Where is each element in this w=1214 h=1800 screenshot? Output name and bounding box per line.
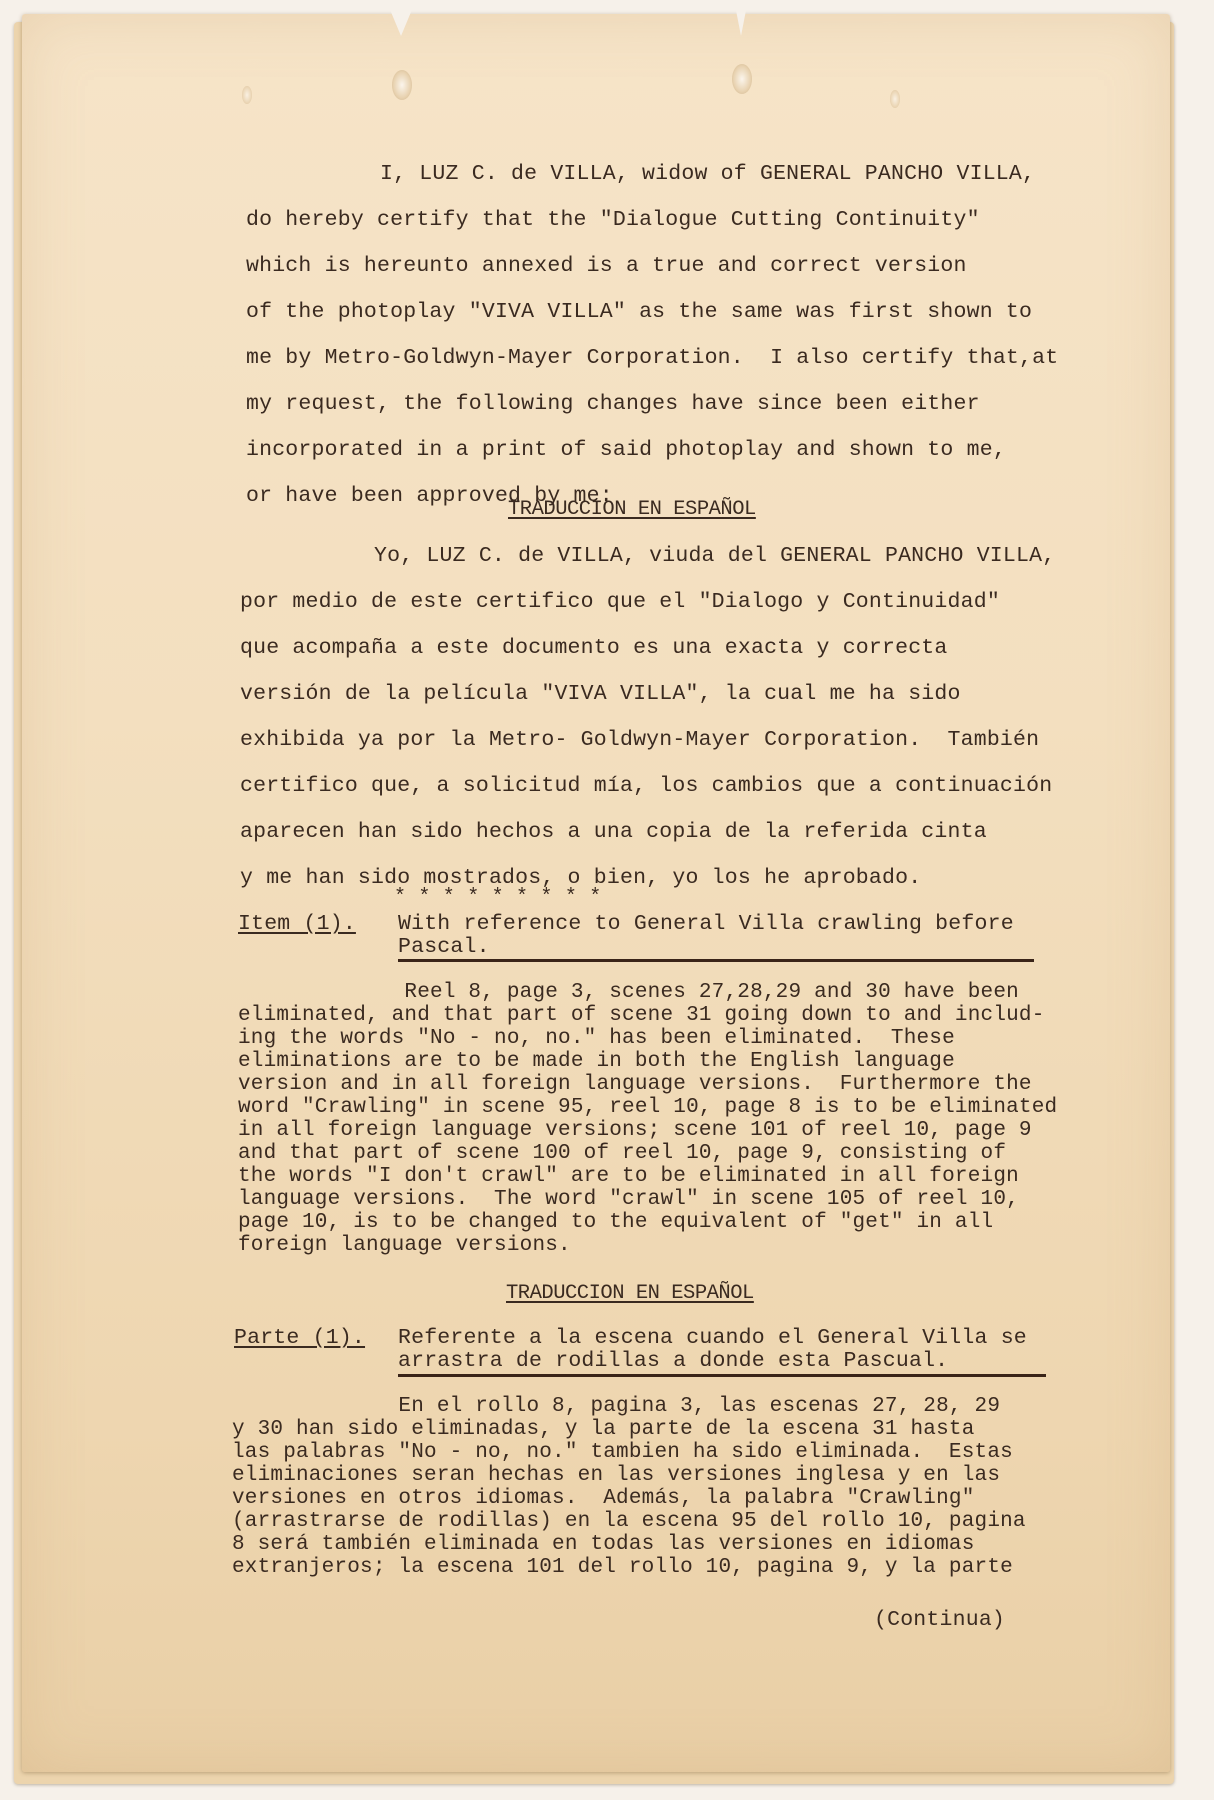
cert-es-line: Yo, LUZ C. de VILLA, viuda del GENERAL P…: [374, 546, 1055, 568]
body-line: eliminations are to be made in both the …: [238, 1051, 955, 1072]
binder-hole-right: [732, 64, 752, 94]
parte-title-line: Referente a la escena cuando el General …: [398, 1328, 1027, 1350]
cert-es-line: por medio de este certifico que el "Dial…: [240, 592, 1000, 614]
cert-en-line: which is hereunto annexed is a true and …: [246, 256, 967, 278]
cert-es-line: certifico que, a solicitud mía, los camb…: [240, 776, 1052, 798]
cert-en-line: me by Metro-Goldwyn-Mayer Corporation. I…: [246, 348, 1058, 370]
parte-title-line: arrastra de rodillas a donde esta Pascua…: [398, 1351, 948, 1373]
body-line: Reel 8, page 3, scenes 27,28,29 and 30 h…: [238, 982, 1019, 1003]
body-line: las palabras "No - no, no." tambien ha s…: [232, 1442, 1013, 1463]
cert-es-line: versión de la película "VIVA VILLA", la …: [240, 684, 961, 706]
body-line: y 30 han sido eliminadas, y la parte de …: [232, 1419, 975, 1440]
top-notch-left: [386, 0, 416, 36]
item-label: Item (1).: [238, 914, 356, 936]
body-line: 8 será también eliminada en todas las ve…: [232, 1534, 975, 1555]
item-title-underline: [398, 959, 1034, 962]
cert-es-line: aparecen han sido hechos a una copia de …: [240, 822, 987, 844]
item-title-line: Pascal.: [398, 937, 490, 959]
top-notch-right: [734, 0, 748, 36]
cert-en-line: of the photoplay "VIVA VILLA" as the sam…: [246, 302, 1032, 324]
cert-en-line: my request, the following changes have s…: [246, 394, 980, 416]
body-line: (arrastrarse de rodillas) en la escena 9…: [232, 1511, 1026, 1532]
body-line: in all foreign language versions; scene …: [238, 1120, 1032, 1141]
body-line: eliminaciones seran hechas en las versio…: [232, 1465, 1000, 1486]
body-line: eliminated, and that part of scene 31 go…: [238, 1005, 1045, 1026]
parte-title-underline: [398, 1374, 1046, 1377]
body-line: extranjeros; la escena 101 del rollo 10,…: [232, 1557, 1013, 1578]
cert-es-line: exhibida ya por la Metro- Goldwyn-Mayer …: [240, 730, 1039, 752]
punch-mark-left: [242, 86, 252, 104]
punch-mark-right: [890, 90, 900, 108]
cert-en-line: do hereby certify that the "Dialogue Cut…: [246, 210, 980, 232]
parte-label: Parte (1).: [234, 1328, 365, 1350]
cert-en-line: incorporated in a print of said photopla…: [246, 440, 1006, 462]
body-line: versiones en otros idiomas. Además, la p…: [232, 1488, 975, 1509]
body-line: word "Crawling" in scene 95, reel 10, pa…: [238, 1097, 1057, 1118]
cert-es-line: que acompaña a este documento es una exa…: [240, 638, 948, 660]
translation-heading: TRADUCCION EN ESPAÑOL: [506, 1282, 754, 1305]
cert-en-line: I, LUZ C. de VILLA, widow of GENERAL PAN…: [380, 164, 1035, 186]
body-line: the words "I don't crawl" are to be elim…: [238, 1166, 1019, 1187]
item-title-line: With reference to General Villa crawling…: [398, 914, 1014, 936]
body-line: and that part of scene 100 of reel 10, p…: [238, 1143, 1006, 1164]
body-line: En el rollo 8, pagina 3, las escenas 27,…: [232, 1396, 1000, 1417]
asterisk-separator: * * * * * * * * *: [394, 888, 601, 908]
body-line: language versions. The word "crawl" in s…: [238, 1189, 1019, 1210]
body-line: page 10, is to be changed to the equival…: [238, 1212, 993, 1233]
body-line: ing the words "No - no, no." has been el…: [238, 1028, 955, 1049]
body-line: foreign language versions.: [238, 1235, 571, 1256]
body-line: version and in all foreign language vers…: [238, 1074, 1032, 1095]
continuation-note: (Continua): [874, 1610, 1005, 1632]
translation-heading: TRADUCCION EN ESPAÑOL: [508, 498, 756, 521]
binder-hole-left: [392, 70, 412, 100]
